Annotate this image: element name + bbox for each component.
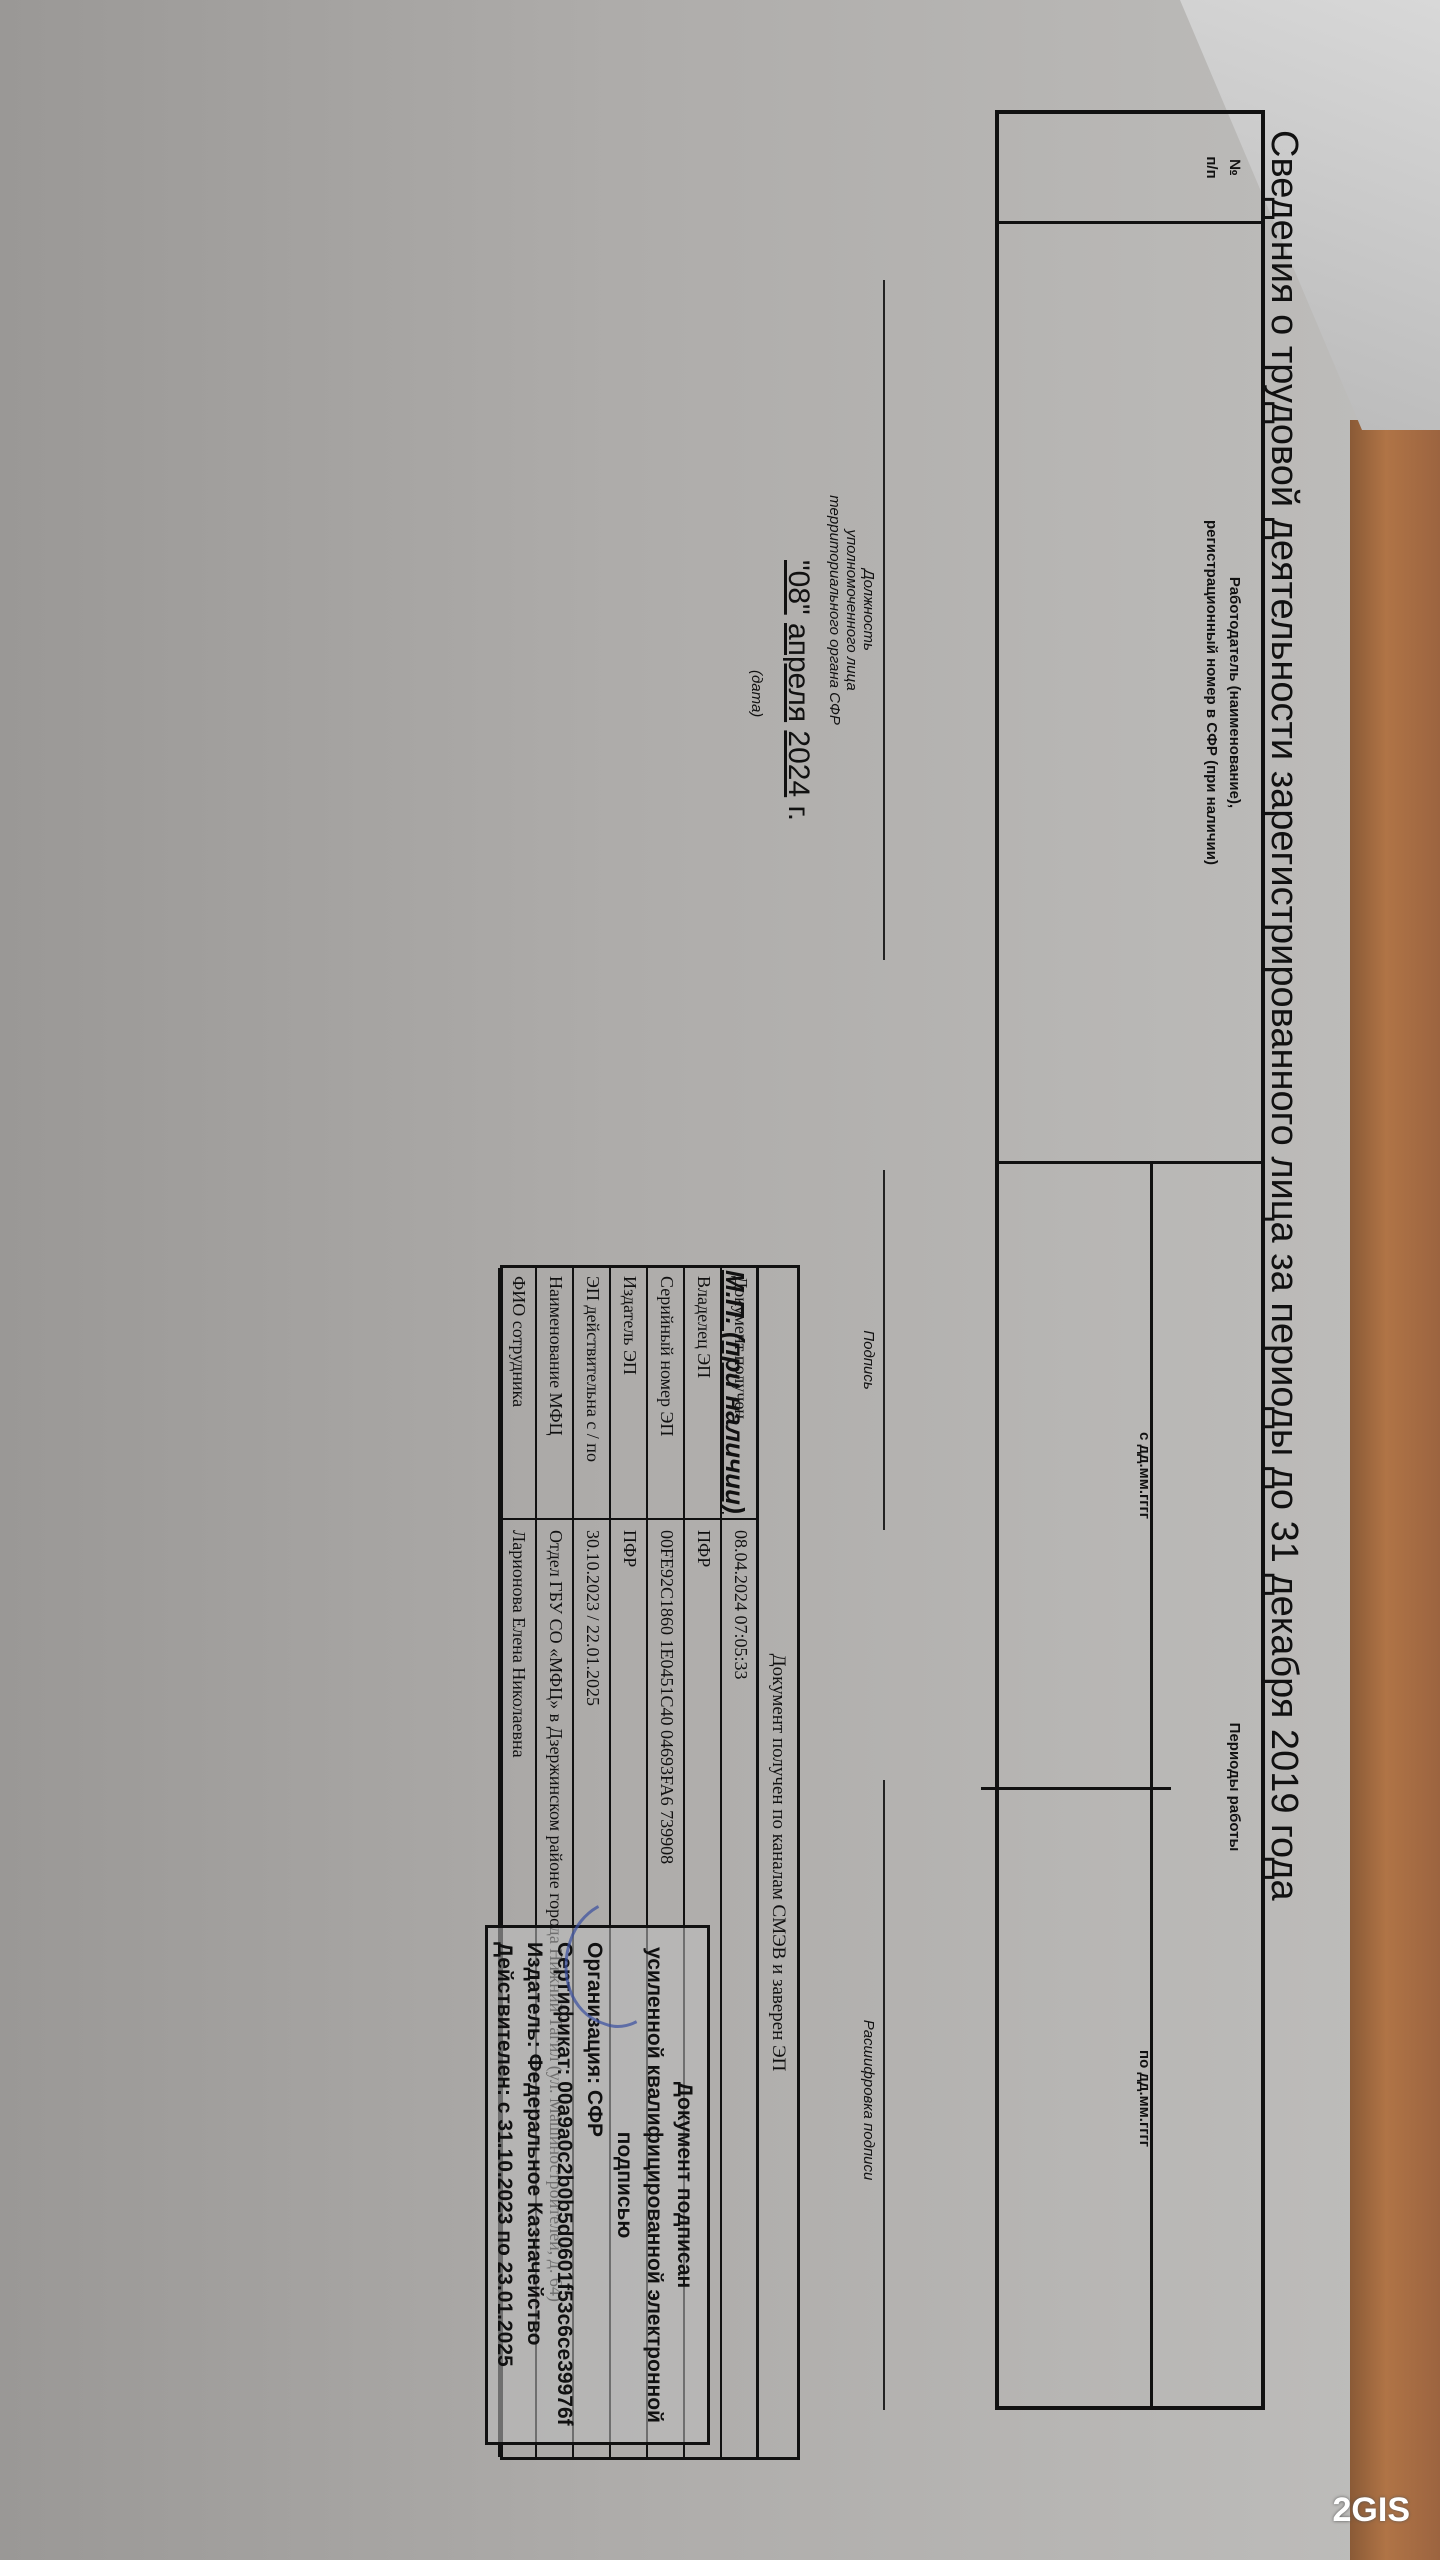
position-label: Должность уполномоченного лица территори…	[826, 410, 877, 810]
position-line	[883, 280, 885, 960]
employer-header-line-2: регистрационный номер в СФР (при наличии…	[1203, 520, 1220, 865]
ep-row-divider	[722, 1518, 759, 1520]
seal-label: М.П. (при наличии)	[719, 1270, 750, 1514]
signature-label: Подпись	[860, 1210, 877, 1510]
wooden-table-edge	[1350, 420, 1440, 2560]
document-form: Сведения о трудовой деятельности зарегис…	[35, 110, 1295, 2440]
ep-row-key: ФИО сотрудника	[508, 1276, 529, 1506]
ep-row-key: Издатель ЭП	[619, 1276, 640, 1506]
stamp-certificate: Сертификат: 00a9a0c2b0b5d0601f53c6ce3997…	[549, 1942, 579, 2428]
signature-line	[883, 1170, 885, 1530]
num-symbol: №	[1226, 159, 1243, 176]
ep-row-value: ПФР	[693, 1530, 714, 1567]
stamp-validity: Действителен: с 31.10.2023 по 23.01.2025	[489, 1942, 519, 2428]
ep-row-key: Серийный номер ЭП	[656, 1276, 677, 1506]
ep-row-divider	[500, 1518, 537, 1520]
issue-date: "08" апреля 2024 г.	[781, 560, 815, 821]
ep-row-divider	[537, 1518, 574, 1520]
ep-row-divider	[611, 1518, 648, 1520]
periods-header-text: Периоды работы	[1226, 1723, 1243, 1852]
employer-header-line-1: Работодатель (наименование),	[1226, 577, 1243, 808]
ep-row-divider	[648, 1518, 685, 1520]
period-to-text: по дд.мм.гггг	[1136, 2050, 1153, 2147]
decoding-label: Расшифровка подписи	[860, 1890, 877, 2310]
ep-row-key: Наименование МФЦ	[545, 1276, 566, 1506]
ep-row-key: Владелец ЭП	[693, 1276, 714, 1506]
period-from-text: с дд.мм.гггг	[1136, 1432, 1153, 1519]
column-periods: Периоды работы с дд.мм.гггг по дд.мм.ггг…	[999, 1164, 1261, 2410]
ep-row-value: ПФР	[619, 1530, 640, 1567]
date-label: (дата)	[748, 670, 765, 717]
period-to-header: по дд.мм.гггг	[981, 1787, 1171, 2410]
stamp-issuer: Издатель: Федеральное Казначейство	[519, 1942, 549, 2428]
document-title: Сведения о трудовой деятельности зарегис…	[1262, 130, 1305, 1901]
stamp-line-1: Документ подписан	[669, 1942, 699, 2428]
ep-table-header: Документ получен по каналам СМЭВ и завер…	[756, 1268, 797, 2457]
column-employer-header: Работодатель (наименование), регистрацио…	[999, 224, 1261, 1164]
ep-row-value: 30.10.2023 / 22.01.2025	[582, 1530, 603, 1706]
ep-row-value: 08.04.2024 07:05:33	[730, 1530, 751, 1680]
work-history-table: № п/п Работодатель (наименование), регис…	[995, 110, 1265, 2410]
num-abbr: п/п	[1203, 156, 1220, 178]
ep-row-key: ЭП действительна с / по	[582, 1276, 603, 1506]
period-from-header: с дд.мм.гггг	[981, 1164, 1171, 1790]
column-number-header: № п/п	[999, 114, 1261, 224]
ep-row-divider	[574, 1518, 611, 1520]
decoding-line	[883, 1780, 885, 2410]
ep-row-value: Ларионова Елена Николаевна	[508, 1530, 529, 1758]
ep-row-divider	[685, 1518, 722, 1520]
ep-row-value: 00FE92C1860 1E0451C40 04693FA6 739908	[656, 1530, 677, 1864]
watermark-logo: 2GIS	[1333, 2491, 1410, 2530]
